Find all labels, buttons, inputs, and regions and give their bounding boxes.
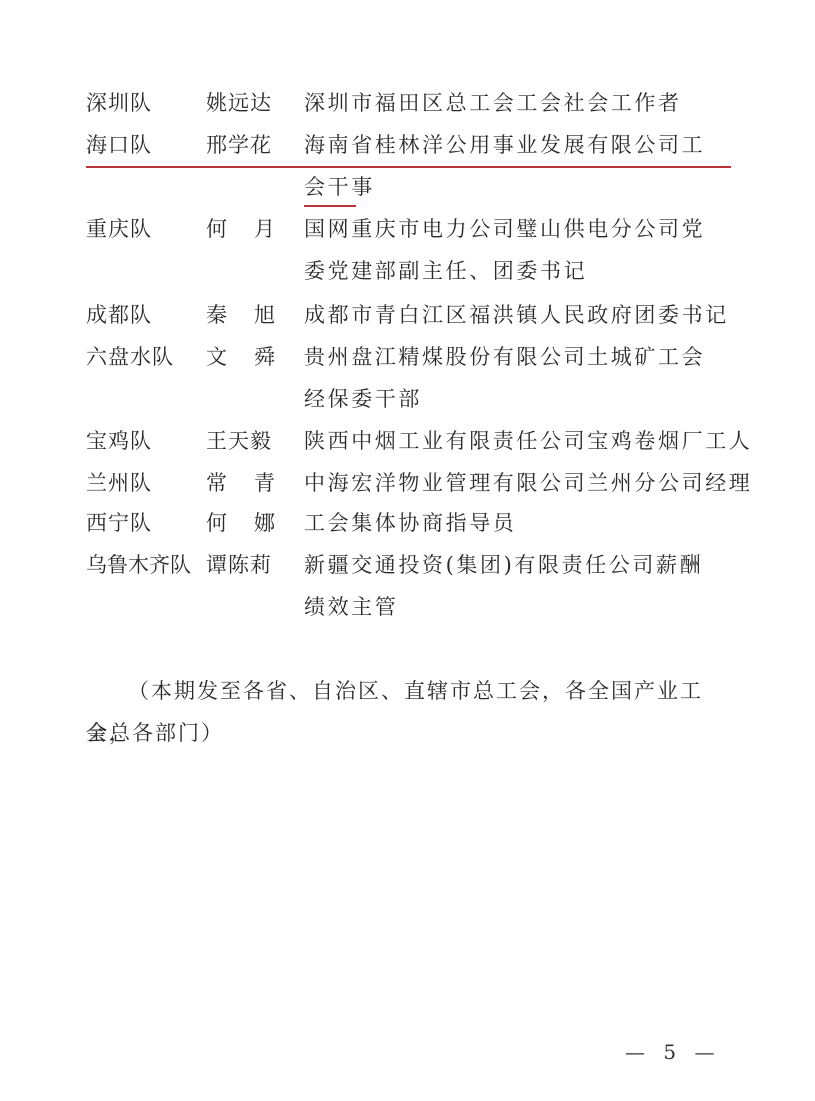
- name-char: 秦: [206, 294, 228, 336]
- roster-row-lanzhou: 兰州队 常 青 中海宏洋物业管理有限公司兰州分公司经理: [86, 462, 736, 504]
- member-name: 邢学花: [206, 124, 286, 166]
- name-char: 何: [206, 208, 228, 250]
- document-page: 深圳队 姚远达 深圳市福田区总工会工会社会工作者 海口队 邢学花 海南省桂林洋公…: [0, 0, 815, 1101]
- team-name: 重庆队: [86, 208, 152, 250]
- member-position: 国网重庆市电力公司璧山供电分公司党: [304, 208, 705, 250]
- member-name: 秦 旭: [206, 294, 276, 336]
- member-position: 深圳市福田区总工会工会社会工作者: [304, 82, 682, 124]
- member-position: 海南省桂林洋公用事业发展有限公司工: [304, 124, 705, 166]
- team-name: 乌鲁木齐队: [86, 544, 191, 586]
- member-name: 王天毅: [206, 420, 286, 462]
- member-position: 贵州盘江精煤股份有限公司土城矿工会: [304, 336, 705, 378]
- name-char: 舜: [254, 336, 276, 378]
- roster-row-urumqi-cont: 绩效主管: [86, 586, 736, 628]
- member-position-cont: 会干事: [304, 166, 375, 208]
- page-number: — 5 —: [625, 1040, 720, 1064]
- distribution-note-line2: 全总各部门）: [86, 712, 736, 754]
- team-name: 深圳队: [86, 82, 152, 124]
- member-position: 工会集体协商指导员: [304, 502, 516, 544]
- name-char: 青: [254, 462, 276, 504]
- roster-row-chengdu: 成都队 秦 旭 成都市青白江区福洪镇人民政府团委书记: [86, 294, 736, 336]
- member-position-cont: 委党建部副主任、团委书记: [304, 250, 587, 292]
- member-name: 何 月: [206, 208, 276, 250]
- roster-row-xining: 西宁队 何 娜 工会集体协商指导员: [86, 502, 736, 544]
- roster-row-urumqi: 乌鲁木齐队 谭陈莉 新疆交通投资(集团)有限责任公司薪酬: [86, 544, 736, 586]
- name-char: 娜: [254, 502, 276, 544]
- roster-row-liupanshui: 六盘水队 文 舜 贵州盘江精煤股份有限公司土城矿工会: [86, 336, 736, 378]
- roster-row-liupanshui-cont: 经保委干部: [86, 378, 736, 420]
- roster-row-baoji: 宝鸡队 王天毅 陕西中烟工业有限责任公司宝鸡卷烟厂工人: [86, 420, 736, 462]
- name-char: 何: [206, 502, 228, 544]
- team-name: 兰州队: [86, 462, 152, 504]
- name-char: 月: [254, 208, 276, 250]
- member-position: 陕西中烟工业有限责任公司宝鸡卷烟厂工人: [304, 420, 752, 462]
- roster-row-shenzhen: 深圳队 姚远达 深圳市福田区总工会工会社会工作者: [86, 82, 736, 124]
- member-name: 常 青: [206, 462, 276, 504]
- member-position: 中海宏洋物业管理有限公司兰州分公司经理: [304, 462, 752, 504]
- member-position-cont: 绩效主管: [304, 586, 398, 628]
- member-name: 文 舜: [206, 336, 276, 378]
- name-char: 文: [206, 336, 228, 378]
- member-name: 何 娜: [206, 502, 276, 544]
- member-position: 成都市青白江区福洪镇人民政府团委书记: [304, 294, 729, 336]
- member-name: 姚远达: [206, 82, 286, 124]
- roster-row-chongqing: 重庆队 何 月 国网重庆市电力公司璧山供电分公司党: [86, 208, 736, 250]
- team-name: 海口队: [86, 124, 152, 166]
- roster-row-chongqing-cont: 委党建部副主任、团委书记: [86, 250, 736, 292]
- red-underline-short: [304, 205, 356, 207]
- team-name: 六盘水队: [86, 336, 174, 378]
- team-name: 西宁队: [86, 502, 152, 544]
- name-char: 旭: [254, 294, 276, 336]
- member-position: 新疆交通投资(集团)有限责任公司薪酬: [304, 544, 703, 586]
- team-name: 宝鸡队: [86, 420, 152, 462]
- roster-row-haikou: 海口队 邢学花 海南省桂林洋公用事业发展有限公司工: [86, 124, 736, 166]
- team-name: 成都队: [86, 294, 152, 336]
- member-name: 谭陈莉: [206, 544, 286, 586]
- member-position-cont: 经保委干部: [304, 378, 422, 420]
- roster-row-haikou-cont: 会干事: [86, 166, 736, 208]
- name-char: 常: [206, 462, 228, 504]
